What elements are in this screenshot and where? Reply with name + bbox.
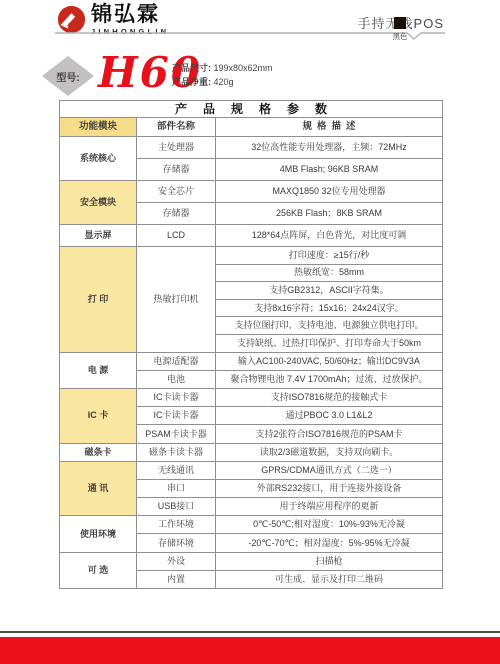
- spec-cell: 支持GB2312，ASCII字符集。: [216, 282, 443, 300]
- component-cell: 电源适配器: [137, 352, 216, 370]
- module-cell: 打 印: [60, 247, 137, 353]
- spec-table: 产品规格参数 功能模块 部件名称 规格描述 系统核心主处理器32位高性能专用处理…: [59, 100, 443, 589]
- component-cell: 内置: [137, 570, 216, 588]
- product-weight: 产品净重: 420g: [172, 75, 273, 89]
- spec-cell: 用于终端应用程序的更新: [216, 498, 443, 516]
- module-cell: 使用环境: [60, 516, 137, 552]
- table-row: 磁条卡磁条卡读卡器读取2/3磁道数据，支持双向刷卡。: [60, 443, 443, 461]
- color-swatch-label: 黑色: [388, 31, 412, 42]
- component-cell: 存储器: [137, 159, 216, 181]
- table-row: 电 源电源适配器输入AC100-240VAC, 50/60Hz；输出DC9V3A: [60, 352, 443, 370]
- spec-cell: 支持位图打印、支持电池、电源独立供电打印。: [216, 317, 443, 335]
- component-cell: IC卡读卡器: [137, 407, 216, 425]
- table-title: 产品规格参数: [159, 102, 343, 116]
- module-cell: 通 讯: [60, 461, 137, 516]
- table-row: 安全模块安全芯片MAXQ1850 32位专用处理器: [60, 181, 443, 203]
- table-row: 可 选外设扫描枪: [60, 552, 443, 570]
- spec-cell: 支持8x16字符；15x16；24x24汉字。: [216, 299, 443, 317]
- colhead-spec: 规格描述: [216, 118, 443, 137]
- module-cell: 安全模块: [60, 181, 137, 225]
- spec-cell: 外部RS232接口，用于连接外接设备: [216, 479, 443, 497]
- product-size: 产品尺寸: 199x80x62mm: [172, 61, 273, 75]
- colhead-module: 功能模块: [60, 118, 137, 137]
- color-swatch-block: 黑色: [388, 17, 412, 42]
- table-row: 打 印热敏打印机打印速度：≥15行/秒: [60, 247, 443, 265]
- table-title-row: 产品规格参数: [60, 101, 443, 118]
- module-cell: 可 选: [60, 552, 137, 588]
- table-row: 通 讯无线通讯GPRS/CDMA通讯方式（二选一）: [60, 461, 443, 479]
- component-cell: PSAM卡读卡器: [137, 425, 216, 443]
- component-cell: 主处理器: [137, 137, 216, 159]
- component-cell: 工作环境: [137, 516, 216, 534]
- table-colheads: 功能模块 部件名称 规格描述: [60, 118, 443, 137]
- color-swatch-black: [394, 17, 406, 29]
- spec-cell: 256KB Flash；8KB SRAM: [216, 203, 443, 225]
- component-cell: 无线通讯: [137, 461, 216, 479]
- spec-cell: 支持缺纸、过热打印保护、打印寿命大于50km: [216, 334, 443, 352]
- spec-cell: 扫描枪: [216, 552, 443, 570]
- component-cell: 热敏打印机: [137, 247, 216, 353]
- spec-cell: 输入AC100-240VAC, 50/60Hz；输出DC9V3A: [216, 352, 443, 370]
- model-label-diamond: 型号:: [42, 56, 94, 96]
- spec-cell: 支持2张符合ISO7816规范的PSAM卡: [216, 425, 443, 443]
- spec-cell: 读取2/3磁道数据，支持双向刷卡。: [216, 443, 443, 461]
- spec-cell: 热敏纸宽：58mm: [216, 264, 443, 282]
- spec-cell: 4MB Flash; 96KB SRAM: [216, 159, 443, 181]
- table-row: 系统核心主处理器32位高性能专用处理器，主频：72MHz: [60, 137, 443, 159]
- component-cell: 磁条卡读卡器: [137, 443, 216, 461]
- spec-cell: 通过PBOC 3.0 L1&L2: [216, 407, 443, 425]
- footer-divider-line: [0, 631, 500, 633]
- footer-red-bar: [0, 637, 500, 664]
- module-cell: 显示屏: [60, 225, 137, 247]
- component-cell: IC卡读卡器: [137, 388, 216, 406]
- table-row: IC 卡IC卡读卡器支持ISO7816规范的接触式卡: [60, 388, 443, 406]
- spec-cell: 32位高性能专用处理器，主频：72MHz: [216, 137, 443, 159]
- component-cell: 电池: [137, 370, 216, 388]
- spec-cell: MAXQ1850 32位专用处理器: [216, 181, 443, 203]
- spec-cell: 可生成、显示及打印二维码: [216, 570, 443, 588]
- component-cell: 存储器: [137, 203, 216, 225]
- spec-table-container: 产品规格参数 功能模块 部件名称 规格描述 系统核心主处理器32位高性能专用处理…: [59, 100, 443, 589]
- model-label: 型号:: [56, 69, 79, 84]
- table-row: 使用环境工作环境0℃-50℃;相对湿度：10%-93%无冷凝: [60, 516, 443, 534]
- brand-name-cn: 锦弘霖: [91, 4, 169, 25]
- spec-cell: -20℃-70℃；相对湿度：5%-95%无冷凝: [216, 534, 443, 552]
- component-cell: 外设: [137, 552, 216, 570]
- colhead-component: 部件名称: [137, 118, 216, 137]
- spec-cell: 128*64点阵屏，白色背光，对比度可调: [216, 225, 443, 247]
- spec-cell: 打印速度：≥15行/秒: [216, 247, 443, 265]
- table-row: 显示屏LCD128*64点阵屏，白色背光，对比度可调: [60, 225, 443, 247]
- component-cell: LCD: [137, 225, 216, 247]
- module-cell: 系统核心: [60, 137, 137, 181]
- component-cell: 安全芯片: [137, 181, 216, 203]
- component-cell: 串口: [137, 479, 216, 497]
- component-cell: USB接口: [137, 498, 216, 516]
- spec-cell: 0℃-50℃;相对湿度：10%-93%无冷凝: [216, 516, 443, 534]
- module-cell: IC 卡: [60, 388, 137, 443]
- spec-cell: 聚合物锂电池 7.4V 1700mAh；过流、过放保护。: [216, 370, 443, 388]
- model-band: 型号: H60 产品尺寸: 199x80x62mm 产品净重: 420g: [40, 50, 460, 102]
- module-cell: 电 源: [60, 352, 137, 388]
- model-meta: 产品尺寸: 199x80x62mm 产品净重: 420g: [172, 61, 273, 89]
- module-cell: 磁条卡: [60, 443, 137, 461]
- spec-cell: GPRS/CDMA通讯方式（二选一）: [216, 461, 443, 479]
- spec-cell: 支持ISO7816规范的接触式卡: [216, 388, 443, 406]
- header-rule-with-notch: [55, 28, 445, 40]
- component-cell: 存储环境: [137, 534, 216, 552]
